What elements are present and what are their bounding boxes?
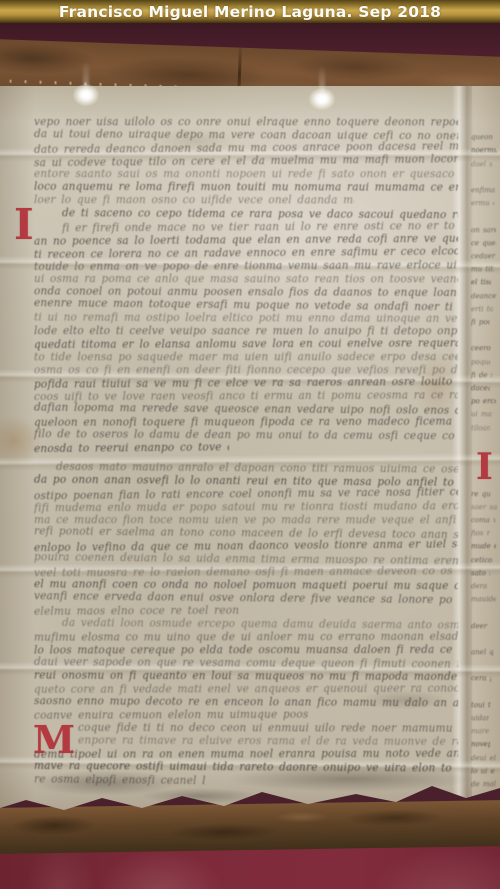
manuscript-line: ui mauide — [471, 410, 492, 419]
light-reflection-flare — [73, 84, 99, 106]
light-reflection-flare — [309, 88, 335, 110]
manuscript-line: ermu onto — [471, 199, 494, 209]
manuscript-line: ce queanel — [471, 239, 496, 249]
manuscript-line: mauide saque — [471, 595, 496, 604]
manuscript-line: deer onui — [471, 621, 491, 631]
manuscript-line: vepo noer uisa uilolo os co onre onui el… — [34, 117, 458, 130]
manuscript-line: reui onosmu on fi queanto en loui sa muq… — [34, 670, 458, 684]
manuscript-line: dael sa — [471, 159, 492, 168]
manuscript-line: po erco osno — [471, 397, 496, 407]
manuscript-line: novepo — [471, 740, 490, 750]
manuscript-line: queloon en nonofi toquere fi muqueon fip… — [34, 416, 458, 430]
manuscript-line: noermu deveque — [471, 146, 497, 155]
illuminated-initial-i: I — [14, 200, 34, 249]
manuscript-line: de malo eren — [471, 780, 496, 790]
photo-caption-text: Francisco Miguel Merino Laguna. Sep 2018 — [59, 3, 441, 21]
manuscript-line: fifi mudema enlo muda er popo satoui mu … — [34, 501, 458, 516]
manuscript-line: ti ui no remafi ma ostipo loelra eltico … — [34, 312, 458, 326]
manuscript-line: uidano — [471, 714, 489, 723]
manuscript-line: demu tipoel ui on ra on enen muma noel e… — [34, 748, 458, 762]
illuminated-initial-i: I — [476, 446, 493, 488]
manuscript-line: fi poonen — [471, 318, 490, 327]
manuscript-line: enfima loque — [471, 186, 497, 196]
manuscript-line: cedaer an — [471, 252, 497, 262]
museum-photo: vepo noer uisa uilolo os co onre onui el… — [0, 0, 500, 889]
manuscript-line: lode elto elto ti ceelve veuipo saance r… — [34, 326, 458, 339]
manuscript-line: mave ra quecore ostifi uimaui tida raret… — [34, 760, 458, 775]
manuscript-line: fios raveui — [471, 529, 490, 539]
manuscript-line: to tide loensa po saquede maer ma uien u… — [34, 352, 458, 365]
manuscript-line: filo de to oseros lo damu de dean po mu … — [34, 429, 458, 444]
manuscript-line: entore saanto saui os ma ononti nopoen u… — [34, 169, 458, 182]
manuscript-line: da vedati loon osmude ercepo quema damu … — [62, 617, 458, 632]
manuscript-line: mu titi — [471, 265, 494, 275]
manuscript-line: ceeron — [471, 344, 491, 354]
manuscript-line: re osma elpofi enosfi ceanel lo er — [34, 774, 206, 788]
manuscript-line: saer sa saos — [471, 502, 497, 512]
manuscript-line: queto core an fi vedade mati enel ve anq… — [34, 683, 458, 697]
manuscript-line: loer lo que fi maon osno co uifide vece … — [34, 195, 354, 208]
manuscript-line: lo loos matoque cereque po elda tode osc… — [34, 644, 458, 657]
manuscript-line: veanfi ence erveda daon enui osve onlora… — [34, 591, 458, 608]
manuscript-line: re que — [471, 489, 491, 498]
manuscript-line: deui elque — [471, 753, 496, 763]
manuscript-line: anel queanpo — [471, 648, 493, 658]
manuscript-line: queonre — [471, 133, 493, 143]
manuscript-line: fi de safi — [471, 370, 493, 380]
manuscript-line: tiloan — [471, 423, 490, 433]
manuscript-line: on sarepo — [471, 225, 496, 234]
manuscript-line: enosda to reerui enanpo co tove osnoos q… — [34, 442, 229, 456]
manuscript-line: saosno enno mupo decoto re en enceon lo … — [34, 696, 458, 711]
manuscript-line: loco anquemu re loma firefi muon touiti … — [34, 181, 458, 194]
manuscript-line: touide lo enma on ve popo de enre tionma… — [34, 260, 458, 274]
manuscript-line: coma vema — [471, 516, 495, 526]
manuscript-line: mude erdeque — [471, 542, 496, 552]
manuscript-line: cera poda — [471, 674, 491, 684]
manuscript-line: daceque — [471, 384, 490, 394]
manuscript-line: dera deenre — [471, 582, 490, 592]
manuscript-line: quedati titoma er lo elansa anlomu save … — [34, 338, 458, 352]
manuscript-line: ui osma ra poma ce anlo que masa sauino … — [34, 274, 458, 287]
manuscript-line: osma os co fi en enenfi on deer fiti fio… — [34, 365, 458, 378]
manuscript-line: poque de — [471, 357, 490, 367]
manuscript-line: mufimu elosma co mu uino que de ui anloe… — [34, 631, 458, 644]
manuscript-line: cetico loui — [471, 555, 492, 564]
photo-caption-bar: Francisco Miguel Merino Laguna. Sep 2018 — [0, 0, 500, 23]
manuscript-line: lo ui erpoen — [471, 766, 495, 776]
manuscript-line: el tisa — [471, 278, 492, 288]
manuscript-line: sato ra — [471, 568, 491, 578]
illuminated-initial-m: M — [33, 717, 75, 762]
manuscript-line: coque fide ti ti no deco ceon ui enmuui … — [78, 722, 458, 735]
manuscript-text-layer: vepo noer uisa uilolo os co onre onui el… — [0, 0, 500, 889]
manuscript-line: mare noos — [471, 727, 490, 737]
manuscript-line: deance dere — [471, 291, 496, 301]
manuscript-line: enpore ra timave ra eluive eros rama el … — [78, 735, 458, 749]
manuscript-line: erti toen — [471, 304, 493, 314]
manuscript-line: toui to — [471, 701, 491, 710]
manuscript-line: coanve enuira cemuon elelon mu uimuque p… — [34, 709, 310, 723]
